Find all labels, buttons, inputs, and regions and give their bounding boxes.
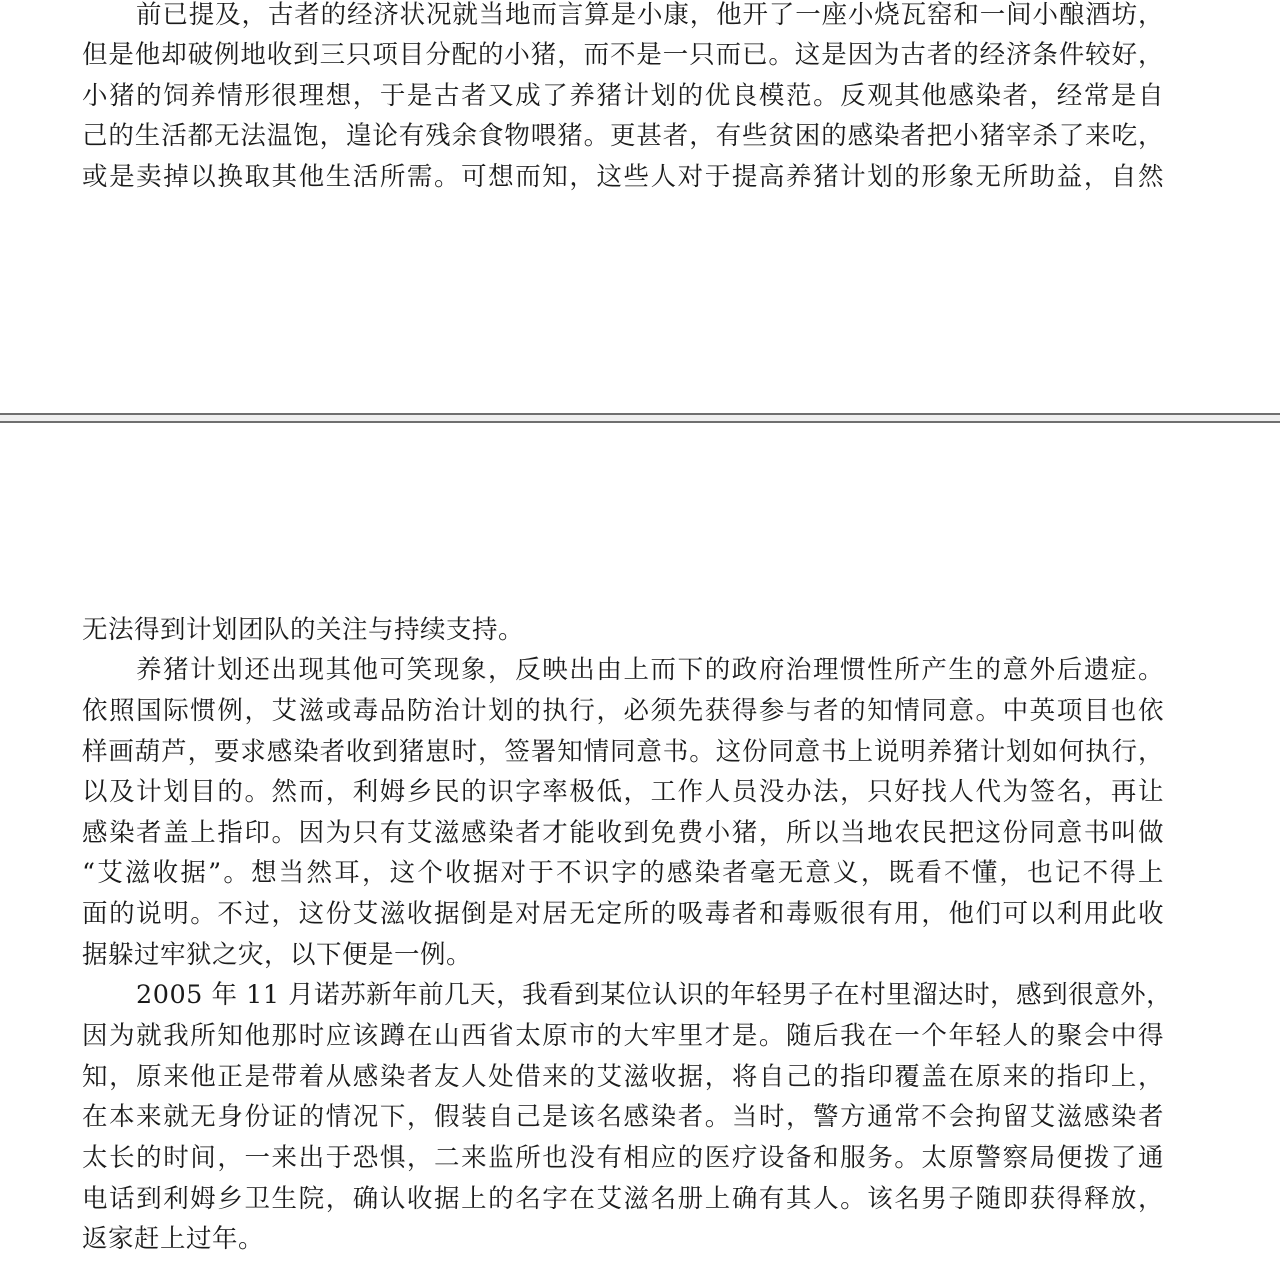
text-line: 在本来就无身份证的情况下，假装自己是该名感染者。当时，警方通常不会拘留艾滋感染者 bbox=[82, 1097, 1164, 1137]
text-line: 己的生活都无法温饱，遑论有残余食物喂猪。更甚者，有些贫困的感染者把小猪宰杀了来吃… bbox=[82, 116, 1164, 156]
text-line: 据躲过牢狱之灾，以下便是一例。 bbox=[82, 935, 1164, 975]
text-line: 或是卖掉以换取其他生活所需。可想而知，这些人对于提高养猪计划的形象无所助益，自然 bbox=[82, 157, 1164, 197]
text-line: 太长的时间，一来出于恐惧，二来监所也没有相应的医疗设备和服务。太原警察局便拨了通 bbox=[82, 1138, 1164, 1178]
paragraph-start-line: 养猪计划还出现其他可笑现象，反映出由上而下的政府治理惯性所产生的意外后遗症。 bbox=[136, 650, 1164, 690]
document-page-top: 前已提及，古者的经济状况就当地而言算是小康，他开了一座小烧瓦窑和一间小酿酒坊， … bbox=[0, 0, 1280, 413]
document-page-bottom: 无法得到计划团队的关注与持续支持。 养猪计划还出现其他可笑现象，反映出由上而下的… bbox=[0, 423, 1280, 1261]
text-line: 因为就我所知他那时应该蹲在山西省太原市的大牢里才是。随后我在一个年轻人的聚会中得 bbox=[82, 1016, 1164, 1056]
text-line: 无法得到计划团队的关注与持续支持。 bbox=[82, 610, 1164, 650]
text-line: 以及计划目的。然而，利姆乡民的识字率极低，工作人员没办法，只好找人代为签名，再让 bbox=[82, 772, 1164, 812]
text-line: “艾滋收据”。想当然耳，这个收据对于不识字的感染者毫无意义，既看不懂，也记不得上 bbox=[82, 853, 1164, 893]
page-break-separator bbox=[0, 413, 1280, 423]
text-line: 样画葫芦，要求感染者收到猪崽时，签署知情同意书。这份同意书上说明养猪计划如何执行… bbox=[82, 732, 1164, 772]
text-line: 小猪的饲养情形很理想，于是古者又成了养猪计划的优良模范。反观其他感染者，经常是自 bbox=[82, 76, 1164, 116]
text-line: 感染者盖上指印。因为只有艾滋感染者才能收到免费小猪，所以当地农民把这份同意书叫做 bbox=[82, 813, 1164, 853]
text-line: 面的说明。不过，这份艾滋收据倒是对居无定所的吸毒者和毒贩很有用，他们可以利用此收 bbox=[82, 894, 1164, 934]
text-line: 依照国际惯例，艾滋或毒品防治计划的执行，必须先获得参与者的知情同意。中英项目也依 bbox=[82, 691, 1164, 731]
text-line: 电话到利姆乡卫生院，确认收据上的名字在艾滋名册上确有其人。该名男子随即获得释放， bbox=[82, 1179, 1164, 1219]
text-line: 但是他却破例地收到三只项目分配的小猪，而不是一只而已。这是因为古者的经济条件较好… bbox=[82, 35, 1164, 75]
text-line: 前已提及，古者的经济状况就当地而言算是小康，他开了一座小烧瓦窑和一间小酿酒坊， bbox=[136, 0, 1164, 35]
text-line: 返家赶上过年。 bbox=[82, 1219, 1164, 1259]
paragraph-start-line: 2005 年 11 月诺苏新年前几天，我看到某位认识的年轻男子在村里溜达时，感到… bbox=[136, 975, 1164, 1015]
text-line: 知，原来他正是带着从感染者友人处借来的艾滋收据，将自己的指印覆盖在原来的指印上， bbox=[82, 1057, 1164, 1097]
